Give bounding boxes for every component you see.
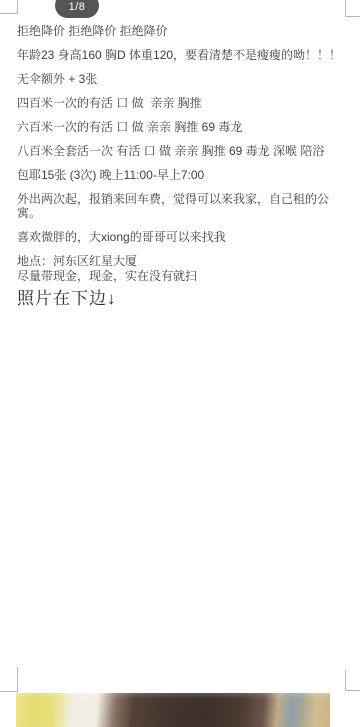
post-line: 八百米全套活一次 有活 口 做 亲亲 胸推 69 毒龙 深喉 陪浴: [17, 144, 347, 158]
photo-thumbnail[interactable]: [16, 693, 330, 727]
photos-below-label: 照片在下边↓: [17, 289, 347, 309]
post-line: 包耶15张 (3次) 晚上11:00-早上7:00: [17, 168, 347, 182]
frame-corner-bottom-left-icon: [0, 667, 18, 692]
post-line: 无伞额外 + 3张: [17, 72, 347, 86]
post-line: 拒绝降价 拒绝降价 拒绝降价: [17, 24, 347, 38]
post-line: 外出两次起，报销来回车费，觉得可以来我家，自己租的公寓。: [17, 192, 347, 220]
post-text-block: 拒绝降价 拒绝降价 拒绝降价 年龄23 身高160 胸D 体重120，要看清楚不…: [17, 24, 347, 326]
post-line: 喜欢微胖的，大xiong的哥哥可以来找我: [17, 230, 347, 244]
post-line: 年龄23 身高160 胸D 体重120，要看清楚不是瘦瘦的呦！！！: [17, 48, 347, 62]
frame-corner-top-right-icon: [345, 0, 360, 17]
address-line-2: 尽量带现金，现金，实在没有就扫: [17, 269, 347, 284]
frame-corner-bottom-right-icon: [345, 670, 360, 691]
image-counter-badge: 1/8: [55, 0, 99, 18]
frame-corner-top-left-icon: [0, 0, 18, 14]
image-counter-label: 1/8: [69, 1, 86, 13]
post-line: 六百米一次的有活 口 做 亲亲 胸推 69 毒龙: [17, 120, 347, 134]
address-line-1: 地点：河东区红星大厦: [17, 254, 347, 269]
post-line: 四百米一次的有活 口 做 亲亲 胸推: [17, 96, 347, 110]
